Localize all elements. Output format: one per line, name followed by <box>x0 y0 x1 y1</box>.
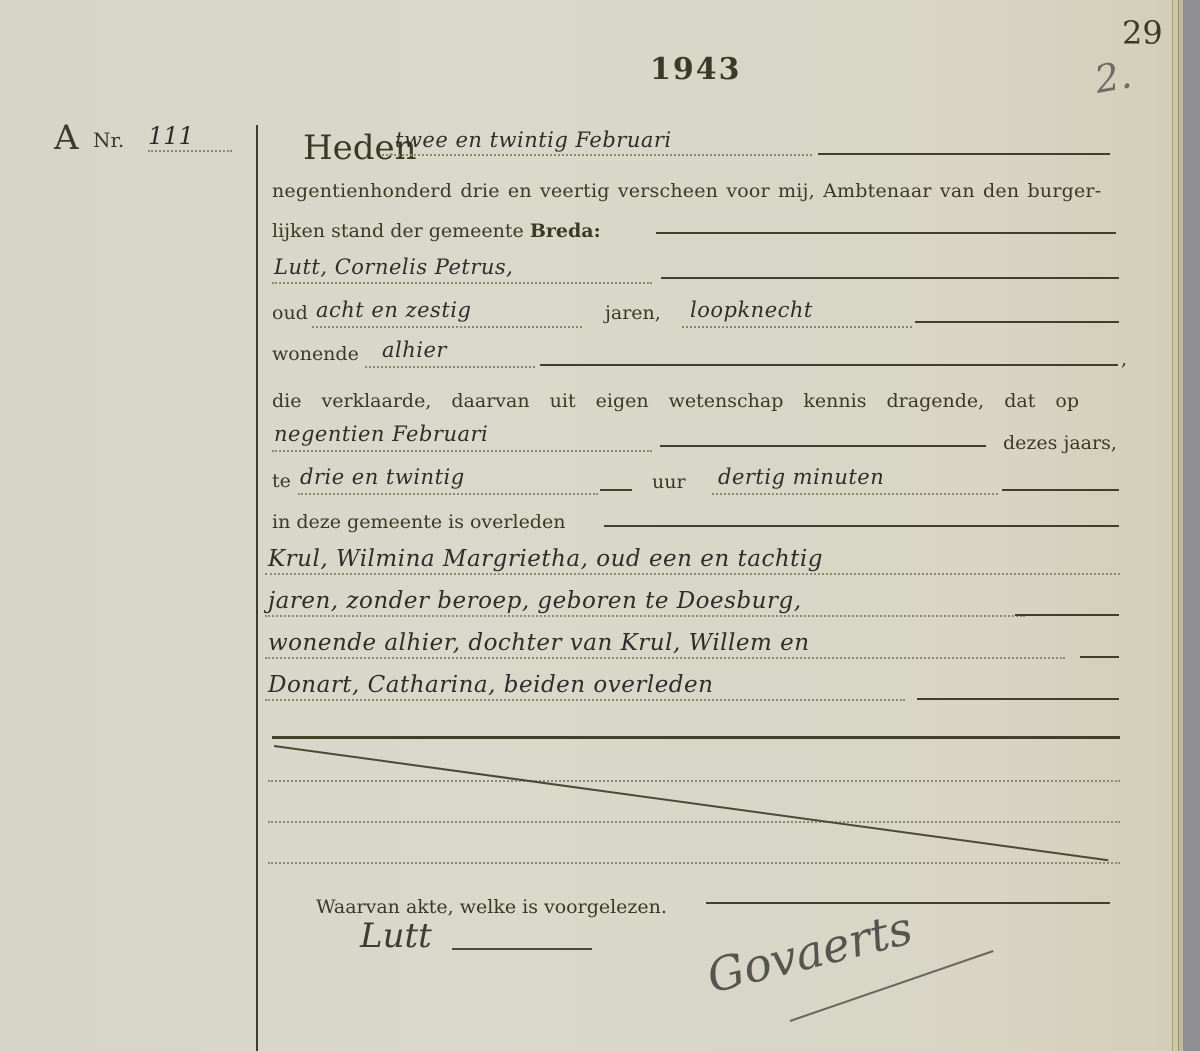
declarant-name: Lutt, Cornelis Petrus, <box>274 255 513 279</box>
act-nr-label: Nr. <box>93 128 124 152</box>
deceased-line-1: Krul, Wilmina Margrietha, oud een en tac… <box>268 546 823 572</box>
heden-dotted-line <box>382 154 812 156</box>
act-prefix: A <box>54 118 79 158</box>
fill-rule <box>600 489 632 491</box>
dotted-line <box>272 282 652 284</box>
fill-rule <box>917 698 1119 700</box>
death-hour: drie en twintig <box>300 465 465 489</box>
uur-label: uur <box>652 471 686 493</box>
strike-through-line <box>274 745 1108 861</box>
wonende-label: wonende <box>272 343 359 365</box>
fill-rule <box>660 445 986 447</box>
dotted-line <box>712 493 998 495</box>
fill-rule <box>540 364 1118 366</box>
fill-rule <box>604 525 1119 527</box>
death-date: negentien Februari <box>274 422 488 446</box>
dezes-jaars-label: dezes jaars, <box>1003 432 1117 454</box>
dotted-line <box>265 657 1065 659</box>
signature-flourish <box>452 948 592 950</box>
declarant-occupation: loopknecht <box>690 298 813 322</box>
deceased-line-2: jaren, zonder beroep, geboren te Doesbur… <box>268 588 802 614</box>
fill-rule <box>1002 489 1119 491</box>
page-number: 29 <box>1122 14 1163 52</box>
dotted-line <box>682 326 912 328</box>
dotted-line-empty <box>268 780 1120 782</box>
dotted-line <box>265 699 905 701</box>
declarant-age: acht en zestig <box>316 298 471 322</box>
margin-divider <box>256 125 258 1051</box>
heden-value: twee en twintig Februari <box>395 128 672 152</box>
dotted-line-empty <box>268 821 1120 823</box>
declarant-signature: Lutt <box>360 916 432 956</box>
dotted-line <box>265 573 1120 575</box>
overleden-label: in deze gemeente is overleden <box>272 511 565 533</box>
form-line-2: negentienhonderd drie en veertig versche… <box>272 180 1101 202</box>
fill-rule <box>661 277 1119 279</box>
closing-text: Waarvan akte, welke is voorgelezen. <box>316 896 667 918</box>
municipality-name: Breda: <box>530 220 601 242</box>
dotted-line <box>298 493 598 495</box>
dotted-line <box>272 450 652 452</box>
death-minutes: dertig minuten <box>718 465 884 489</box>
register-page: 1943 29 2. A Nr. 111 Heden twee en twint… <box>0 0 1172 1051</box>
deceased-line-3: wonende alhier, dochter van Krul, Willem… <box>268 630 810 656</box>
te-label: te <box>272 470 291 492</box>
comma: , <box>1121 348 1127 370</box>
fill-rule <box>1080 656 1119 658</box>
fill-rule <box>1015 614 1119 616</box>
page-mark-handwritten: 2. <box>1091 52 1134 102</box>
fill-rule <box>706 902 1110 904</box>
year-heading: 1943 <box>650 52 742 87</box>
declarant-residence: alhier <box>382 338 447 362</box>
closing-rule <box>272 736 1120 739</box>
fill-rule <box>915 321 1119 323</box>
dotted-line <box>312 326 582 328</box>
deceased-line-4: Donart, Catharina, beiden overleden <box>268 672 713 698</box>
fill-rule <box>656 232 1116 234</box>
declaration-text: die verklaarde, daarvan uit eigen wetens… <box>272 390 1079 412</box>
page-edge <box>1178 0 1183 1051</box>
fill-rule <box>818 153 1110 155</box>
act-number: 111 <box>148 122 232 152</box>
oud-label: oud <box>272 302 308 324</box>
dotted-line-empty <box>268 862 1120 864</box>
form-line-3: lijken stand der gemeente Breda: <box>272 220 601 242</box>
jaren-label: jaren, <box>605 302 661 324</box>
dotted-line <box>265 615 1025 617</box>
dotted-line <box>365 366 535 368</box>
